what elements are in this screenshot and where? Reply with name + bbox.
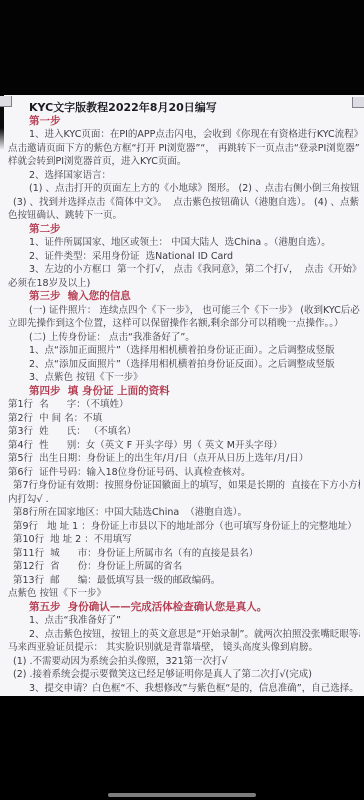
doc-line: 点击邀请页面下方的紫色方框“打开 PI浏览器”“， 再跳转下一页点击“登录PI浏…: [8, 142, 360, 156]
doc-line: (3) 、找到并选择点击《简体中文》。 点击紫色按钮确认（港胞自选）。 (4) …: [8, 196, 360, 210]
letterbox-top: [0, 0, 364, 95]
doc-line: 样就会转到PI浏览器首页，进入KYC页面。: [8, 155, 360, 169]
doc-line: 1、点“添加正面照片”（选择用相机横着拍身份证正面）。之后调整成竖版: [8, 344, 360, 358]
doc-line: 第4行 性 别：女（英文 F 开头字母）男（ 英文 M开头字母）: [8, 439, 360, 453]
doc-line: 2、点“添加反面照片”（选择用相机横着拍身份证反面）。之后调整成竖版: [8, 358, 360, 372]
doc-line: (2) .接着系统会提示要微笑这已经足够证明你是真人了第二次打√(完成): [8, 668, 360, 682]
doc-line: 色按钮确认、跳转下一页。: [8, 209, 360, 223]
doc-line: (一) 证件照片： 连续点四个《下一步》， 也可能三个《下一步》 (收到KYC后…: [8, 304, 360, 318]
doc-line: 3、点紫色 按钮《下一步》: [8, 371, 360, 385]
doc-line: 第11行 城 市：身份证上所属市名（有的直接是县名）: [8, 547, 360, 561]
doc-line: 第3行 姓 氏： （不填名）: [8, 425, 360, 439]
doc-line: 1、进入KYC页面：在PI的APP点击闪电，会收到《你现在有资格进行KYC流程》…: [8, 128, 360, 142]
doc-line: 内打勾√ .: [8, 493, 360, 507]
letterbox-bottom: [0, 696, 364, 800]
doc-line: 第10行 地 址 2 ：不用填写: [8, 533, 360, 547]
doc-line: (1) 、点击打开的页面左上方的《小地球》图形。 (2) 、点击右侧小倒三角按钮…: [8, 182, 360, 196]
doc-line: 3、左边的小方框口 第一个打√， 点击《我同意》，第二个打√， 点击《开始》,(: [8, 263, 360, 277]
doc-line: (1) .不需要动因为系统会拍头像照，321第一次打√: [8, 655, 360, 669]
doc-line: 1、点击“我准备好了”: [8, 614, 360, 628]
doc-line: 点紫色 按钮《下一步》: [8, 587, 360, 601]
doc-line: 第5行 出生日期：身份证上的出生年/月/日（点开从日历上选年/月/日）: [8, 452, 360, 466]
doc-line: 第7行身份证有效期：按照身份证国徽面上的填写，如果是长期的 直接在下方小方框: [8, 479, 360, 493]
doc-step-heading: 第五步 身份确认——完成活体检查确认您是真人。: [8, 601, 360, 615]
phone-screen: KYC文字版教程2022年8月20日编写第一步1、进入KYC页面：在PI的APP…: [0, 0, 364, 800]
doc-line: 必须在18岁及以上): [8, 277, 360, 291]
doc-line: 2、选择国家语言：: [8, 169, 360, 183]
doc-line: 第8行所在国家地区：中国大陆选China （港胞自选）。: [8, 506, 360, 520]
doc-line: 第13行 邮 编：最低填写县一级的邮政编码。: [8, 574, 360, 588]
doc-line: 第6行 证件号码：输入18位身份证号码、认真检查核对。: [8, 466, 360, 480]
doc-step-heading: 第四步 填 身份证 上面的资料: [8, 385, 360, 399]
doc-line: 2、证件类型：采用身份证 选National ID Card: [8, 250, 360, 264]
doc-line: (二) 上传身份证： 点击“我准备好了”。: [8, 331, 360, 345]
doc-step-heading: 第二步: [8, 223, 360, 237]
doc-line: 2、点击紫色按钮，按钮上的英文意思是“开始录制”。就两次拍照没张嘴眨眼等动作: [8, 628, 360, 642]
doc-title: KYC文字版教程2022年8月20日编写: [8, 101, 360, 115]
doc-line: 第9行 地 址 1 ：身份证上市县以下的地址部分（也可填写身份证上的完整地址）: [8, 520, 360, 534]
doc-line: 马来西亚验证员提示： 其实脸识别就是背靠墙壁， 镜头高度头像到肩膀。: [8, 641, 360, 655]
doc-line: 第1行 名 字：（不填姓）: [8, 398, 360, 412]
doc-line: 第12行 省 份：身份证上所属的省名: [8, 560, 360, 574]
document-page: KYC文字版教程2022年8月20日编写第一步1、进入KYC页面：在PI的APP…: [0, 95, 364, 696]
doc-line: 3、提交申请？白色框“不、我想修改”与紫色框“是的，信息准确”，自己选择。: [8, 682, 360, 696]
home-indicator-handle[interactable]: [108, 793, 256, 797]
doc-step-heading: 第三步 输入您的信息: [8, 290, 360, 304]
doc-line: 立即先操作到这个位置，这样可以保留操作名额,剩余部分可以稍晚一点操作。。）: [8, 317, 360, 331]
document-text-block: KYC文字版教程2022年8月20日编写第一步1、进入KYC页面：在PI的APP…: [8, 101, 360, 695]
doc-line: 1、证件所属国家、地区或领土： 中国大陆人 选China 。（港胞自选）。: [8, 236, 360, 250]
doc-step-heading: 第一步: [8, 115, 360, 129]
doc-line: 第2行 中 间 名：不填: [8, 412, 360, 426]
